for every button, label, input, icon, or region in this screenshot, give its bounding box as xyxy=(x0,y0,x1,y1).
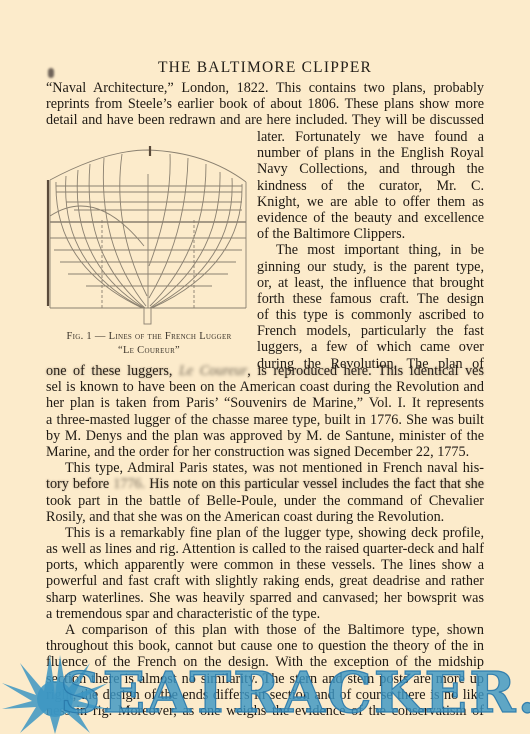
ship-lines-figure xyxy=(46,146,250,360)
text-line: as well as lines and rig. Attention is c… xyxy=(46,541,484,557)
text-line: forth these famous craft. The design xyxy=(257,291,484,307)
blurred-year: 1776. xyxy=(113,476,145,492)
text-line: This type, Admiral Paris states, was not… xyxy=(46,460,484,476)
caption-vessel-name: “Le Coureur” xyxy=(44,344,254,358)
text-line: a three-masted lugger of the chasse mare… xyxy=(46,412,484,428)
text-line: The most important thing, in be xyxy=(257,242,484,258)
text-line: sel is known to have been on the America… xyxy=(46,379,484,395)
text-line: fluence of the French on the design. Wit… xyxy=(46,654,484,670)
top-paragraph: “Naval Architecture,” London, 1822. This… xyxy=(46,80,484,129)
text-line: number of plans in the English Royal xyxy=(257,145,484,161)
main-body-text: one of these luggers, Le Coureur, is rep… xyxy=(46,363,484,719)
text-line: one of these luggers, Le Coureur, is rep… xyxy=(46,363,484,379)
blurred-vessel-name: Le Coureur xyxy=(179,363,247,379)
text-line: Marine, and the order for her constructi… xyxy=(46,444,484,460)
text-line: right, the design of the ends differs in… xyxy=(46,687,484,703)
text-line: took part in the battle of Belle-Poule, … xyxy=(46,493,484,509)
text-line: This is a remarkably fine plan of the lu… xyxy=(46,525,484,541)
text-line: a tremendous spar and characteristic of … xyxy=(46,606,484,622)
right-column-text: later. Fortunately we have found a numbe… xyxy=(257,129,484,372)
text-line: ginning our study, is the parent type, xyxy=(257,259,484,275)
text-line: Rosily, and that she was on the American… xyxy=(46,509,484,525)
caption-title: Fig. 1 — Lines of the French Lugger xyxy=(44,330,254,344)
text-line: or, at least, the influence that brought xyxy=(257,275,484,291)
text-line: “Naval Architecture,” London, 1822. This… xyxy=(46,80,484,96)
text-line: ports, which apparently were common in t… xyxy=(46,557,484,573)
text-line: sharp waterlines. She was heavily sparre… xyxy=(46,590,484,606)
text-line: kindness of the curator, Mr. C. xyxy=(257,178,484,194)
text-line: ness in rig. Moreover, as one weighs the… xyxy=(46,703,484,719)
text-line: of this type is commonly ascribed to xyxy=(257,307,484,323)
running-head: THE BALTIMORE CLIPPER xyxy=(0,59,530,77)
text-line: tory before 1776. His note on this parti… xyxy=(46,476,484,492)
text-line: A comparison of this plan with those of … xyxy=(46,622,484,638)
text-line: her plan is taken from Paris’ “Souvenirs… xyxy=(46,395,484,411)
hull-body-plan-drawing xyxy=(46,146,250,326)
book-page: THE BALTIMORE CLIPPER “Naval Architectur… xyxy=(0,0,530,734)
text-line: evidence of the beauty and excellence xyxy=(257,210,484,226)
text-line: throughout this book, cannot but cause o… xyxy=(46,638,484,654)
text-line: section there is almost no similarity. T… xyxy=(46,671,484,687)
text-line: later. Fortunately we have found a xyxy=(257,129,484,145)
text-line: Navy Collections, and through the xyxy=(257,161,484,177)
text-line: powerful and fast craft with slightly ra… xyxy=(46,573,484,589)
text-line: luggers, a few of which came over xyxy=(257,339,484,355)
text-line: reprints from Steele’s earlier book of a… xyxy=(46,96,484,112)
text-line: of the Baltimore Clippers. xyxy=(257,226,484,242)
text-line: detail and have been redrawn and are her… xyxy=(46,112,484,128)
text-line: Knight, we are able to offer them as xyxy=(257,194,484,210)
text-line: by M. Denys and the plan was approved by… xyxy=(46,428,484,444)
text-line: French models, particularly the fast xyxy=(257,323,484,339)
figure-caption: Fig. 1 — Lines of the French Lugger “Le … xyxy=(44,330,254,358)
